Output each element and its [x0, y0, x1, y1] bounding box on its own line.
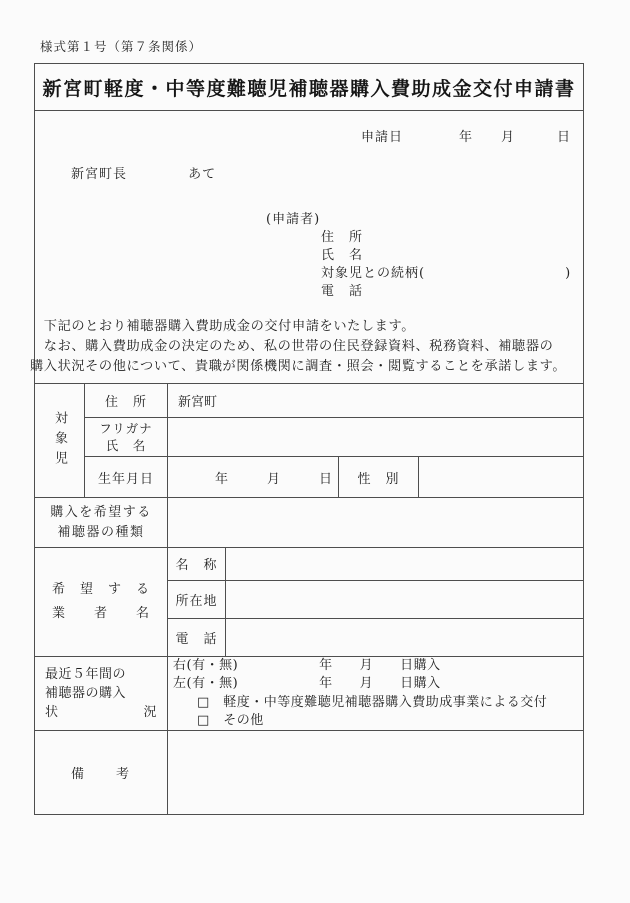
child-name-value-cell: [168, 418, 583, 457]
remarks-label: 備 考: [35, 731, 168, 814]
applicant-caption: (申請者): [266, 211, 571, 229]
child-name-label-cell: フリガナ 氏 名: [85, 418, 168, 457]
history-option-other: □ その他: [173, 712, 583, 731]
history-label-cell: 最近５年間の 補聴器の購入 状 況: [35, 657, 168, 730]
history-label-line3-left: 状: [45, 703, 59, 722]
applicant-block: (申請者) 住 所 氏 名 対象児との続柄( ) 電 話: [266, 211, 571, 301]
history-label-line3-right: 況: [143, 703, 157, 722]
addressee-line: 新宮町長 あて: [71, 163, 216, 182]
declaration-line: なお、購入費助成金の決定のため、私の世帯の住民登録資料、税務資料、補聴器の: [30, 337, 592, 357]
child-address-row: 住 所 新宮町: [85, 384, 583, 418]
device-type-label-line2: 補聴器の種類: [57, 523, 144, 543]
vendor-phone-label: 電 話: [168, 619, 226, 656]
child-sex-value-cell: [419, 457, 583, 497]
form-number: 様式第１号（第７条関係）: [40, 37, 202, 55]
child-birthdate-row: 生年月日 年 月 日 性 別: [85, 457, 583, 497]
child-birthdate-label: 生年月日: [85, 457, 168, 497]
child-address-value-cell: 新宮町: [168, 384, 583, 417]
child-sex-label: 性 別: [339, 457, 419, 497]
addressee-name: 新宮町長: [71, 167, 127, 182]
form-header-section: 申請日 年 月 日 新宮町長 あて (申請者) 住 所 氏 名 対象児との続柄(…: [35, 111, 583, 384]
table-row-remarks: 備 考: [35, 731, 583, 814]
declaration-line: 下記のとおり補聴器購入費助成金の交付申請をいたします。: [30, 317, 592, 337]
remarks-value-cell: [168, 731, 583, 814]
declaration-paragraph: 下記のとおり補聴器購入費助成金の交付申請をいたします。 なお、購入費助成金の決定…: [30, 317, 592, 377]
target-child-subrows: 住 所 新宮町 フリガナ 氏 名 生年月日 年 月 日 性 別: [85, 384, 583, 497]
child-name-row: フリガナ 氏 名: [85, 418, 583, 458]
history-label-line2: 補聴器の購入: [35, 684, 167, 703]
vendor-name-row: 名 称: [168, 548, 583, 581]
vendor-address-value-cell: [226, 581, 583, 619]
vendor-group-label-cell: 希 望 す る 業 者 名: [35, 548, 168, 656]
applicant-name-label: 氏 名: [321, 247, 571, 265]
vendor-group-label-line2: 業 者 名: [52, 602, 150, 626]
application-form: 新宮町軽度・中等度難聴児補聴器購入費助成金交付申請書 申請日 年 月 日 新宮町…: [34, 63, 584, 815]
table-row-target-child: 対象児 住 所 新宮町 フリガナ 氏 名 生年月: [35, 384, 583, 498]
device-type-label-line1: 購入を希望する: [50, 503, 152, 523]
device-type-value-cell: [168, 498, 583, 547]
history-right-ear-line: 右(有・無) 年 月 日購入: [173, 657, 583, 676]
table-row-vendor: 希 望 す る 業 者 名 名 称 所在地 電 話: [35, 548, 583, 657]
vendor-address-row: 所在地: [168, 581, 583, 620]
target-child-group-label: 対象児: [50, 411, 69, 471]
vendor-subrows: 名 称 所在地 電 話: [168, 548, 583, 656]
table-row-purchase-history: 最近５年間の 補聴器の購入 状 況 右(有・無) 年 月 日購入 左(有・無) …: [35, 657, 583, 731]
vendor-phone-row: 電 話: [168, 619, 583, 656]
history-label-line1: 最近５年間の: [35, 665, 167, 684]
device-type-label-cell: 購入を希望する 補聴器の種類: [35, 498, 168, 547]
applicant-address-label: 住 所: [321, 229, 571, 247]
target-child-group-cell: 対象児: [35, 384, 85, 497]
history-label-line3: 状 況: [35, 703, 167, 722]
history-left-ear-line: 左(有・無) 年 月 日購入: [173, 675, 583, 694]
history-value-cell: 右(有・無) 年 月 日購入 左(有・無) 年 月 日購入 □ 軽度・中等度難聴…: [168, 657, 583, 730]
addressee-suffix: あて: [188, 167, 216, 182]
document-page: 様式第１号（第７条関係） 新宮町軽度・中等度難聴児補聴器購入費助成金交付申請書 …: [0, 0, 630, 903]
child-name-label: 氏 名: [106, 437, 147, 455]
child-furigana-label: フリガナ: [99, 420, 152, 438]
child-birthdate-value-cell: 年 月 日: [168, 457, 339, 497]
table-row-device-type: 購入を希望する 補聴器の種類: [35, 498, 583, 548]
applicant-relation-label: 対象児との続柄( ): [321, 265, 571, 283]
form-title: 新宮町軽度・中等度難聴児補聴器購入費助成金交付申請書: [35, 64, 583, 111]
history-option-subsidy: □ 軽度・中等度難聴児補聴器購入費助成事業による交付: [173, 694, 583, 713]
application-date-line: 申請日 年 月 日: [361, 126, 571, 145]
vendor-address-label: 所在地: [168, 581, 226, 619]
vendor-phone-value-cell: [226, 619, 583, 656]
vendor-group-label-line1: 希 望 す る: [52, 578, 150, 602]
declaration-line: 購入状況その他について、貴職が関係機関に調査・照会・閲覧することを承諾します。: [30, 357, 592, 377]
child-address-label: 住 所: [85, 384, 168, 417]
vendor-name-label: 名 称: [168, 548, 226, 580]
vendor-name-value-cell: [226, 548, 583, 580]
applicant-phone-label: 電 話: [321, 283, 571, 301]
form-table: 対象児 住 所 新宮町 フリガナ 氏 名 生年月: [35, 384, 583, 814]
